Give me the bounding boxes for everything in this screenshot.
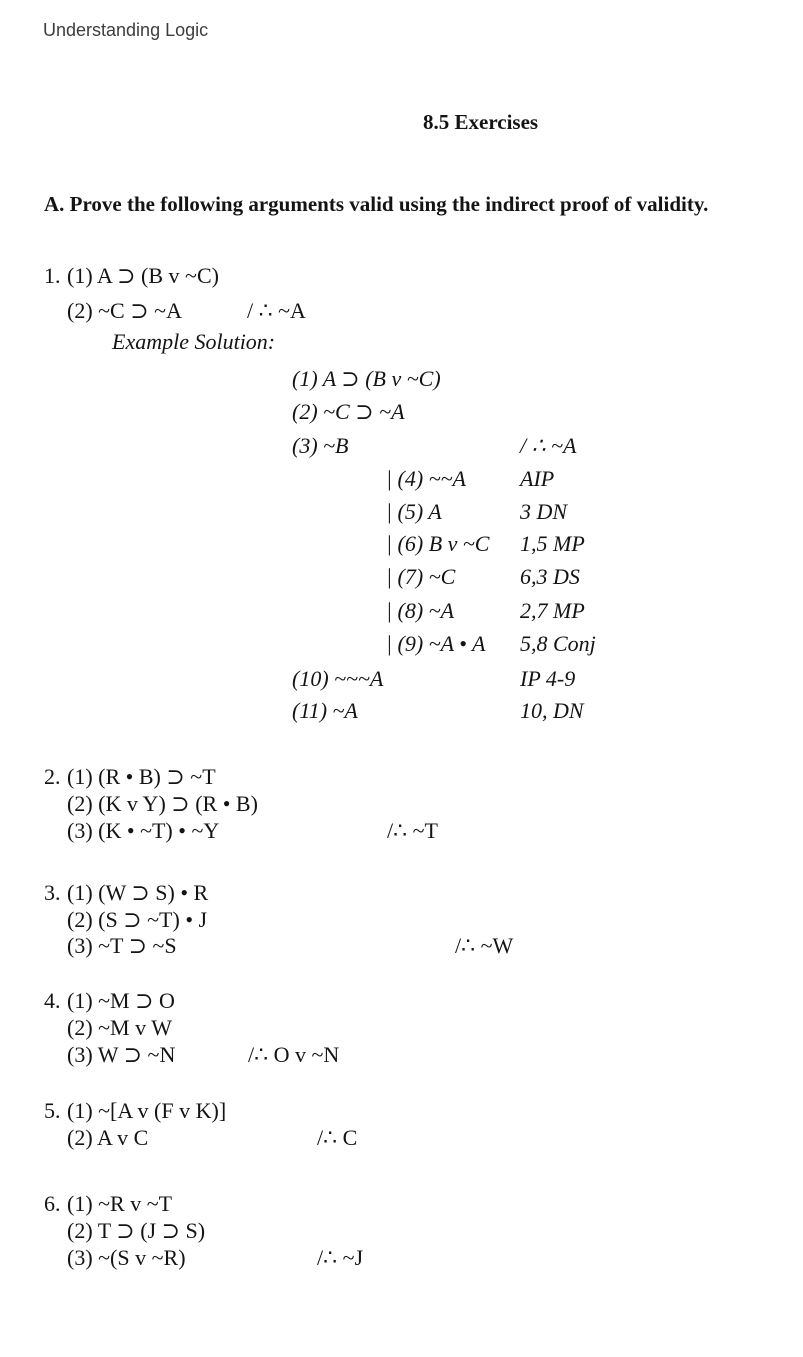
exercise-2-premise-1: (1) (R • B) ⊃ ~T — [67, 764, 216, 790]
solution-formula: (10) ~~~A — [292, 666, 383, 692]
solution-formula: | (7) ~C — [386, 564, 455, 590]
exercise-6-line-3: (3) ~(S v ~R) /∴ ~J — [0, 1245, 803, 1275]
solution-justification: 1,5 MP — [520, 531, 585, 557]
solution-line-6: | (6) B v ~C 1,5 MP — [0, 531, 803, 561]
solution-line-4: | (4) ~~A AIP — [0, 466, 803, 496]
solution-justification: 5,8 Conj — [520, 631, 596, 657]
exercise-4-premise-2: (2) ~M v W — [67, 1015, 172, 1041]
exercise-2-line-1: 2. (1) (R • B) ⊃ ~T — [0, 764, 803, 794]
exercise-6-conclusion: /∴ ~J — [317, 1245, 363, 1271]
solution-justification: 6,3 DS — [520, 564, 580, 590]
solution-formula: | (5) A — [386, 499, 442, 525]
exercise-3-line-1: 3. (1) (W ⊃ S) • R — [0, 880, 803, 910]
solution-line-10: (10) ~~~A IP 4-9 — [0, 666, 803, 696]
solution-conclusion: / ∴ ~A — [520, 433, 576, 459]
exercise-5-number: 5. — [44, 1098, 61, 1124]
exercise-4-premise-3: (3) W ⊃ ~N — [67, 1042, 175, 1068]
solution-justification: AIP — [520, 466, 554, 492]
exercise-2-number: 2. — [44, 764, 61, 790]
exercise-1-conclusion: / ∴ ~A — [247, 298, 306, 324]
solution-formula: | (4) ~~A — [386, 466, 466, 492]
solution-formula: | (6) B v ~C — [386, 531, 489, 557]
exercise-4-conclusion: /∴ O v ~N — [248, 1042, 339, 1068]
example-solution-row: Example Solution: — [0, 329, 803, 359]
exercise-3-conclusion: /∴ ~W — [455, 933, 513, 959]
document-page: Understanding Logic 8.5 Exercises A. Pro… — [0, 0, 803, 1357]
page-title: 8.5 Exercises — [423, 110, 538, 135]
exercise-1-premise-1: (1) A ⊃ (B v ~C) — [67, 263, 219, 289]
section-a-heading: A. Prove the following arguments valid u… — [44, 192, 708, 217]
exercise-6-number: 6. — [44, 1191, 61, 1217]
exercise-4-number: 4. — [44, 988, 61, 1014]
exercise-6-line-2: (2) T ⊃ (J ⊃ S) — [0, 1218, 803, 1248]
solution-formula: (1) A ⊃ (B v ~C) — [292, 366, 441, 392]
solution-line-1: (1) A ⊃ (B v ~C) — [0, 366, 803, 396]
exercise-5-premise-1: (1) ~[A v (F v K)] — [67, 1098, 226, 1124]
exercise-1-premise-2: (2) ~C ⊃ ~A — [67, 298, 182, 324]
exercise-4-line-3: (3) W ⊃ ~N /∴ O v ~N — [0, 1042, 803, 1072]
solution-formula: | (9) ~A • A — [386, 631, 485, 657]
exercise-5-line-2: (2) A v C /∴ C — [0, 1125, 803, 1155]
exercise-1-number: 1. — [44, 263, 61, 289]
solution-line-11: (11) ~A 10, DN — [0, 698, 803, 728]
exercise-1-line-1: 1. (1) A ⊃ (B v ~C) — [0, 263, 803, 293]
exercise-3-premise-3: (3) ~T ⊃ ~S — [67, 933, 177, 959]
solution-line-8: | (8) ~A 2,7 MP — [0, 598, 803, 628]
exercise-2-conclusion: /∴ ~T — [387, 818, 438, 844]
exercise-6-line-1: 6. (1) ~R v ~T — [0, 1191, 803, 1221]
exercise-4-line-2: (2) ~M v W — [0, 1015, 803, 1045]
document-title-header: Understanding Logic — [43, 20, 208, 41]
exercise-2-premise-3: (3) (K • ~T) • ~Y — [67, 818, 219, 844]
exercise-3-number: 3. — [44, 880, 61, 906]
solution-formula: (11) ~A — [292, 698, 358, 724]
exercise-3-premise-1: (1) (W ⊃ S) • R — [67, 880, 208, 906]
exercise-6-premise-3: (3) ~(S v ~R) — [67, 1245, 186, 1271]
solution-justification: IP 4-9 — [520, 666, 575, 692]
solution-formula: (2) ~C ⊃ ~A — [292, 399, 405, 425]
solution-justification: 2,7 MP — [520, 598, 585, 624]
exercise-5-conclusion: /∴ C — [317, 1125, 357, 1151]
exercise-1-line-2: (2) ~C ⊃ ~A / ∴ ~A — [0, 298, 803, 328]
example-solution-label: Example Solution: — [112, 329, 275, 355]
exercise-5-line-1: 5. (1) ~[A v (F v K)] — [0, 1098, 803, 1128]
exercise-6-premise-2: (2) T ⊃ (J ⊃ S) — [67, 1218, 205, 1244]
exercise-2-premise-2: (2) (K v Y) ⊃ (R • B) — [67, 791, 258, 817]
exercise-5-premise-2: (2) A v C — [67, 1125, 148, 1151]
solution-justification: 10, DN — [520, 698, 584, 724]
exercise-3-line-3: (3) ~T ⊃ ~S /∴ ~W — [0, 933, 803, 963]
exercise-2-line-3: (3) (K • ~T) • ~Y /∴ ~T — [0, 818, 803, 848]
exercise-4-premise-1: (1) ~M ⊃ O — [67, 988, 175, 1014]
solution-line-9: | (9) ~A • A 5,8 Conj — [0, 631, 803, 661]
solution-line-3: (3) ~B / ∴ ~A — [0, 433, 803, 463]
solution-formula: (3) ~B — [292, 433, 349, 459]
solution-justification: 3 DN — [520, 499, 567, 525]
exercise-2-line-2: (2) (K v Y) ⊃ (R • B) — [0, 791, 803, 821]
solution-formula: | (8) ~A — [386, 598, 454, 624]
solution-line-7: | (7) ~C 6,3 DS — [0, 564, 803, 594]
solution-line-5: | (5) A 3 DN — [0, 499, 803, 529]
exercise-3-premise-2: (2) (S ⊃ ~T) • J — [67, 907, 207, 933]
exercise-4-line-1: 4. (1) ~M ⊃ O — [0, 988, 803, 1018]
exercise-6-premise-1: (1) ~R v ~T — [67, 1191, 172, 1217]
solution-line-2: (2) ~C ⊃ ~A — [0, 399, 803, 429]
